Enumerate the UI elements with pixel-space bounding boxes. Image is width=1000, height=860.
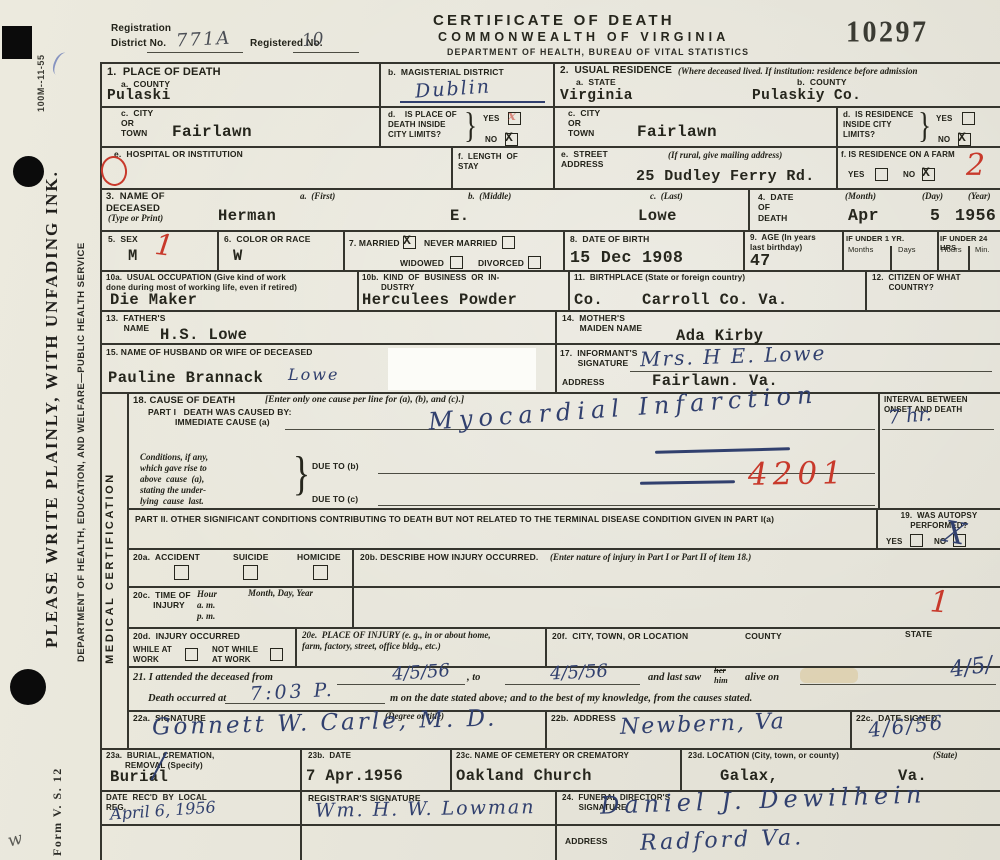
date-of-death-label: 4. DATE OF DEATH <box>758 192 794 223</box>
grid-line <box>876 508 878 548</box>
handwritten-dash <box>655 447 790 454</box>
entry-line <box>225 703 385 704</box>
street-address-note: (If rural, give mailing address) <box>668 150 782 161</box>
grid-line <box>127 508 1000 510</box>
entry-line <box>378 505 875 506</box>
usual-residence-title: 2. USUAL RESIDENCE <box>560 65 672 77</box>
certificate-title: CERTIFICATE OF DEATH <box>433 12 675 29</box>
grid-line <box>100 106 1000 108</box>
red-code-1-injury: 1 <box>929 584 950 620</box>
injury-city-label: 20f. CITY, TOWN, OR LOCATION <box>552 631 688 641</box>
brace-glyph: } <box>293 446 310 501</box>
no-label: NO <box>903 170 915 180</box>
occupation-label: 10a. USUAL OCCUPATION (Give kind of work… <box>106 273 297 293</box>
widowed-label: WIDOWED <box>400 258 444 268</box>
grid-line <box>555 790 557 860</box>
grid-line <box>865 270 867 310</box>
grid-line <box>553 62 555 188</box>
grid-line <box>878 392 880 508</box>
grid-line <box>890 246 892 270</box>
divorced-label: DIVORCED <box>478 258 524 268</box>
grid-line <box>842 230 844 270</box>
street-address-label: e. STREET ADDRESS <box>561 149 608 170</box>
brace-glyph: } <box>918 104 931 146</box>
describe-injury-label: 20b. DESCRIBE HOW INJURY OCCURRED. <box>360 552 538 562</box>
typed-x-mark: X <box>958 130 966 145</box>
grid-line <box>343 230 345 270</box>
industry-value: Herculees Powder <box>362 291 517 309</box>
interval-value: 7 hr. <box>887 403 932 429</box>
name-of-deceased-label: 3. NAME OF DECEASED <box>106 191 165 214</box>
street-address-value: 25 Dudley Ferry Rd. <box>636 168 815 185</box>
rule-line <box>293 52 359 53</box>
never-married-checkbox <box>502 236 515 249</box>
due-to-c-label: DUE TO (c) <box>312 494 358 504</box>
typed-x-mark: X <box>505 130 513 145</box>
entry-line <box>800 684 996 685</box>
spouse-label: 15. NAME OF HUSBAND OR WIFE OF DECEASED <box>106 347 313 357</box>
birthplace-value: Carroll Co. Va. <box>642 291 788 309</box>
county-value: Pulaski <box>107 88 171 104</box>
describe-injury-note: (Enter nature of injury in Part I or Par… <box>550 552 751 563</box>
birthplace-label: 11. BIRTHPLACE (State or foreign country… <box>574 273 745 283</box>
grid-line <box>127 627 1000 629</box>
industry-overflow-value: Co. <box>574 291 603 309</box>
place-of-injury-label: 20e. PLACE OF INJURY (e. g., in or about… <box>302 630 491 653</box>
hole-punch-top <box>13 156 44 187</box>
middle-name-label: b. (Middle) <box>468 191 511 202</box>
suicide-label: SUICIDE <box>233 552 269 562</box>
last-name-value: Lowe <box>638 207 677 225</box>
due-to-b-label: DUE TO (b) <box>312 461 359 471</box>
injury-occurred-label: 20d. INJURY OCCURRED <box>133 631 240 641</box>
city-town-value: Fairlawn <box>172 123 252 141</box>
usual-residence-note: (Where deceased lived. If institution: r… <box>678 66 917 77</box>
grid-line <box>937 230 939 270</box>
death-occurred-text: Death occurred at <box>148 692 226 705</box>
under-1yr-label: IF UNDER 1 YR. <box>846 234 904 243</box>
grid-line <box>850 710 852 748</box>
day-label: (Day) <box>922 191 943 202</box>
residence-county-label: b. COUNTY <box>797 77 847 87</box>
spouse-typed-value: Pauline Brannack <box>108 369 263 387</box>
commonwealth-subtitle: COMMONWEALTH OF VIRGINIA <box>438 30 730 44</box>
while-at-work-checkbox <box>185 648 198 661</box>
grid-line <box>379 62 381 146</box>
accident-checkbox <box>174 565 189 580</box>
grid-line <box>568 270 570 310</box>
grid-line <box>545 627 547 666</box>
form-number: Form V. S. 12 <box>50 767 65 856</box>
date-of-birth-value: 15 Dec 1908 <box>570 248 683 267</box>
burial-value: Burial <box>110 768 168 786</box>
not-while-at-work-checkbox <box>270 648 283 661</box>
date-of-birth-label: 8. DATE OF BIRTH <box>570 234 649 244</box>
grid-line <box>100 230 1000 232</box>
handwritten-underline <box>400 101 545 103</box>
magisterial-district-value: Dublin <box>414 75 491 102</box>
death-city-limits-label: d. IS PLACE OF DEATH INSIDE CITY LIMITS? <box>388 110 457 139</box>
funeral-director-signature: Daniel J. Dewilhein <box>600 780 927 819</box>
death-limits-no-checkbox: X <box>505 133 518 146</box>
typed-x-mark: X <box>403 233 411 248</box>
attended-text-4: alive on <box>745 671 779 684</box>
district-no-value: 771A <box>175 28 231 52</box>
him-label: him <box>714 675 728 686</box>
min-label: Min. <box>975 245 990 254</box>
rule-line <box>147 52 243 53</box>
cause-of-death-title: 18. CAUSE OF DEATH <box>133 395 235 407</box>
death-time-value: 7:03 P. <box>249 679 335 705</box>
mothers-name-value: Ada Kirby <box>676 327 763 345</box>
length-of-stay-label: f. LENGTH OF STAY <box>458 152 518 172</box>
residence-on-farm-label: f. IS RESIDENCE ON A FARM <box>841 150 955 160</box>
entry-line <box>505 684 640 685</box>
mothers-name-label: 14. MOTHER'S MAIDEN NAME <box>562 313 642 334</box>
registrar-signature: Wm. H. W. Lowman <box>315 796 536 822</box>
faint-mark: x <box>508 109 516 124</box>
red-code-4201: 4201 <box>748 455 848 493</box>
farm-yes-checkbox <box>875 168 888 181</box>
no-label: NO <box>938 135 950 145</box>
citizen-label: 12. CITIZEN OF WHAT COUNTRY? <box>872 273 961 293</box>
yes-label: YES <box>886 537 902 547</box>
hours-label: Hours <box>941 245 962 254</box>
farm-no-checkbox: X <box>922 168 935 181</box>
never-married-label: NEVER MARRIED <box>424 238 497 248</box>
autopsy-yes-checkbox <box>910 534 923 547</box>
death-limits-yes-checkbox: x <box>508 112 521 125</box>
cemetery-value: Oakland Church <box>456 767 592 785</box>
death-month-value: Apr <box>848 206 879 225</box>
residence-city-town-label: c. CITY OR TOWN <box>568 109 600 138</box>
medical-certification-label: MEDICAL CERTIFICATION <box>104 394 116 742</box>
hour-ampm-label: Hour a. m. p. m. <box>197 589 217 621</box>
first-name-label: a. (First) <box>300 191 335 202</box>
grid-line <box>100 62 102 860</box>
grid-line <box>100 310 1000 312</box>
burial-date-label: 23b. DATE <box>308 751 351 761</box>
residence-city-town-value: Fairlawn <box>637 123 717 141</box>
divorced-checkbox <box>528 256 541 269</box>
corner-handwriting: w <box>6 829 25 852</box>
certificate-serial-stamp: 10297 <box>846 16 929 51</box>
residence-county-value: Pulaskiy Co. <box>752 88 861 104</box>
residence-limits-yes-checkbox <box>962 112 975 125</box>
margin-write-plainly: PLEASE WRITE PLAINLY, WITH UNFADING INK. <box>42 170 62 648</box>
month-day-year-label: Month, Day, Year <box>248 588 313 599</box>
widowed-checkbox <box>450 256 463 269</box>
funeral-director-address-label: ADDRESS <box>565 836 608 846</box>
grid-line <box>451 146 453 188</box>
attended-to-value: 4/5/56 <box>549 660 608 684</box>
red-code-1-sex: 1 <box>153 227 175 263</box>
cause-of-death-note: [Enter only one cause per line for (a), … <box>265 395 464 407</box>
informant-label: 17. INFORMANT'S SIGNATURE <box>560 348 638 369</box>
sex-value: M <box>128 247 138 265</box>
hole-punch-bottom <box>10 669 46 705</box>
informant-signature: Mrs. H E. Lowe <box>640 341 827 371</box>
entry-line <box>285 429 875 430</box>
yes-label: YES <box>848 170 864 180</box>
days-label: Days <box>898 245 916 254</box>
first-name-value: Herman <box>218 207 276 225</box>
part2-label: PART II. OTHER SIGNIFICANT CONDITIONS CO… <box>135 514 774 524</box>
grid-line <box>357 270 359 310</box>
sex-label: 5. SEX <box>108 234 138 244</box>
grid-line <box>352 548 354 627</box>
district-no-label: District No. <box>111 38 166 50</box>
informant-address-label: ADDRESS <box>562 377 605 387</box>
month-label: (Month) <box>845 191 876 202</box>
middle-name-value: E. <box>450 207 469 225</box>
burial-city-value: Galax, <box>720 767 778 785</box>
burial-location-label: 23d. LOCATION (City, town, or county) <box>688 751 839 761</box>
immediate-cause-label: IMMEDIATE CAUSE (a) <box>175 417 270 427</box>
age-value: 47 <box>750 251 771 270</box>
registration-label: Registration <box>111 23 171 35</box>
months-label: Months <box>848 245 874 254</box>
grid-line <box>300 748 302 790</box>
grid-line <box>748 188 750 230</box>
physician-address-label: 22b. ADDRESS <box>551 713 616 723</box>
print-code: 100M--11-55 <box>36 54 46 112</box>
hospital-label: e. HOSPITAL OR INSTITUTION <box>114 149 243 159</box>
grid-line <box>680 748 682 790</box>
cemetery-label: 23c. NAME OF CEMETERY OR CREMATORY <box>456 751 629 761</box>
fathers-name-value: H.S. Lowe <box>160 326 247 344</box>
red-code-2: 2 <box>966 148 985 183</box>
residence-limits-no-checkbox: X <box>958 133 971 146</box>
while-at-work-label: WHILE AT WORK <box>133 645 172 665</box>
entry-line <box>882 429 994 430</box>
attended-from-value: 4/5/56 <box>391 660 450 685</box>
injury-county-label: COUNTY <box>745 631 782 641</box>
physician-address-value: Newbern, Va <box>620 709 787 740</box>
attended-text-2: , to <box>467 671 480 684</box>
homicide-label: HOMICIDE <box>297 552 341 562</box>
type-or-print-note: (Type or Print) <box>108 213 163 224</box>
yes-label: YES <box>483 114 499 124</box>
no-label: NO <box>485 135 497 145</box>
place-of-death-title: 1. PLACE OF DEATH <box>107 66 221 79</box>
grid-line <box>300 790 302 860</box>
time-of-injury-label: 20c. TIME OF INJURY <box>133 590 191 611</box>
accident-label: 20a. ACCIDENT <box>133 552 200 562</box>
city-town-label: c. CITY OR TOWN <box>121 109 153 138</box>
brace-glyph: } <box>464 104 477 146</box>
grid-line <box>450 748 452 790</box>
grid-line <box>127 548 1000 550</box>
grid-line <box>295 627 297 666</box>
last-seen-value: 4/5/ <box>948 652 994 683</box>
suicide-checkbox <box>243 565 258 580</box>
injury-state-label: STATE <box>905 629 932 639</box>
state-label: a. STATE <box>576 77 616 87</box>
grid-line <box>100 824 1000 826</box>
margin-department: DEPARTMENT OF HEALTH, EDUCATION, AND WEL… <box>76 242 87 662</box>
grid-line <box>563 230 565 270</box>
industry-label: 10b. KIND OF BUSINESS OR IN- DUSTRY <box>362 273 499 293</box>
occupation-value: Die Maker <box>110 291 197 309</box>
married-label: 7. MARRIED <box>349 238 400 248</box>
ink-squiggle <box>50 50 73 78</box>
grid-line <box>100 188 1000 190</box>
age-label: 9. AGE (In years last birthday) <box>750 233 816 253</box>
grid-line <box>555 310 557 392</box>
residence-city-limits-label: d. IS RESIDENCE INSIDE CITY LIMITS? <box>843 110 913 139</box>
burial-state-note: (State) <box>933 750 958 761</box>
conditions-note: Conditions, if any, which gave rise to a… <box>140 452 208 507</box>
race-value: W <box>233 247 243 265</box>
redaction-box <box>388 348 536 390</box>
registered-no-value: 10 <box>301 29 325 51</box>
handwritten-dash <box>640 480 735 485</box>
homicide-checkbox <box>313 565 328 580</box>
grid-line <box>545 710 547 748</box>
color-or-race-label: 6. COLOR OR RACE <box>224 234 311 244</box>
grid-line <box>127 392 129 748</box>
grid-line <box>217 230 219 270</box>
faded-stamp-blob <box>800 668 858 683</box>
death-year-value: 1956 <box>955 206 996 225</box>
fathers-name-label: 13. FATHER'S NAME <box>106 313 166 334</box>
autopsy-label: 19. WAS AUTOPSY PERFORMED? <box>880 511 998 531</box>
death-occurred-text-2: m on the date stated above; and to the b… <box>390 692 752 705</box>
part1-label: PART I DEATH WAS CAUSED BY: <box>148 407 292 417</box>
death-day-value: 5 <box>930 206 940 225</box>
death-certificate-scan: 100M--11-55 PLEASE WRITE PLAINLY, WITH U… <box>0 0 1000 860</box>
bureau-line: DEPARTMENT OF HEALTH, BUREAU OF VITAL ST… <box>447 47 749 57</box>
attended-text-3: and last saw <box>648 671 701 684</box>
scan-corner-mark <box>2 26 32 59</box>
year-label: (Year) <box>968 191 991 202</box>
grid-line <box>100 62 1000 64</box>
grid-line <box>100 146 1000 148</box>
grid-line <box>743 230 745 270</box>
yes-label: YES <box>936 114 952 124</box>
spouse-handwritten-value: Lowe <box>288 365 339 384</box>
last-name-label: c. (Last) <box>650 191 683 202</box>
grid-line <box>836 107 838 188</box>
burial-date-value: 7 Apr.1956 <box>306 767 403 785</box>
married-checkbox: X <box>403 236 416 249</box>
funeral-director-address: Radford Va. <box>640 825 805 856</box>
not-while-at-work-label: NOT WHILE AT WORK <box>212 645 258 665</box>
typed-x-mark: X <box>922 165 930 180</box>
state-value: Virginia <box>560 88 633 104</box>
